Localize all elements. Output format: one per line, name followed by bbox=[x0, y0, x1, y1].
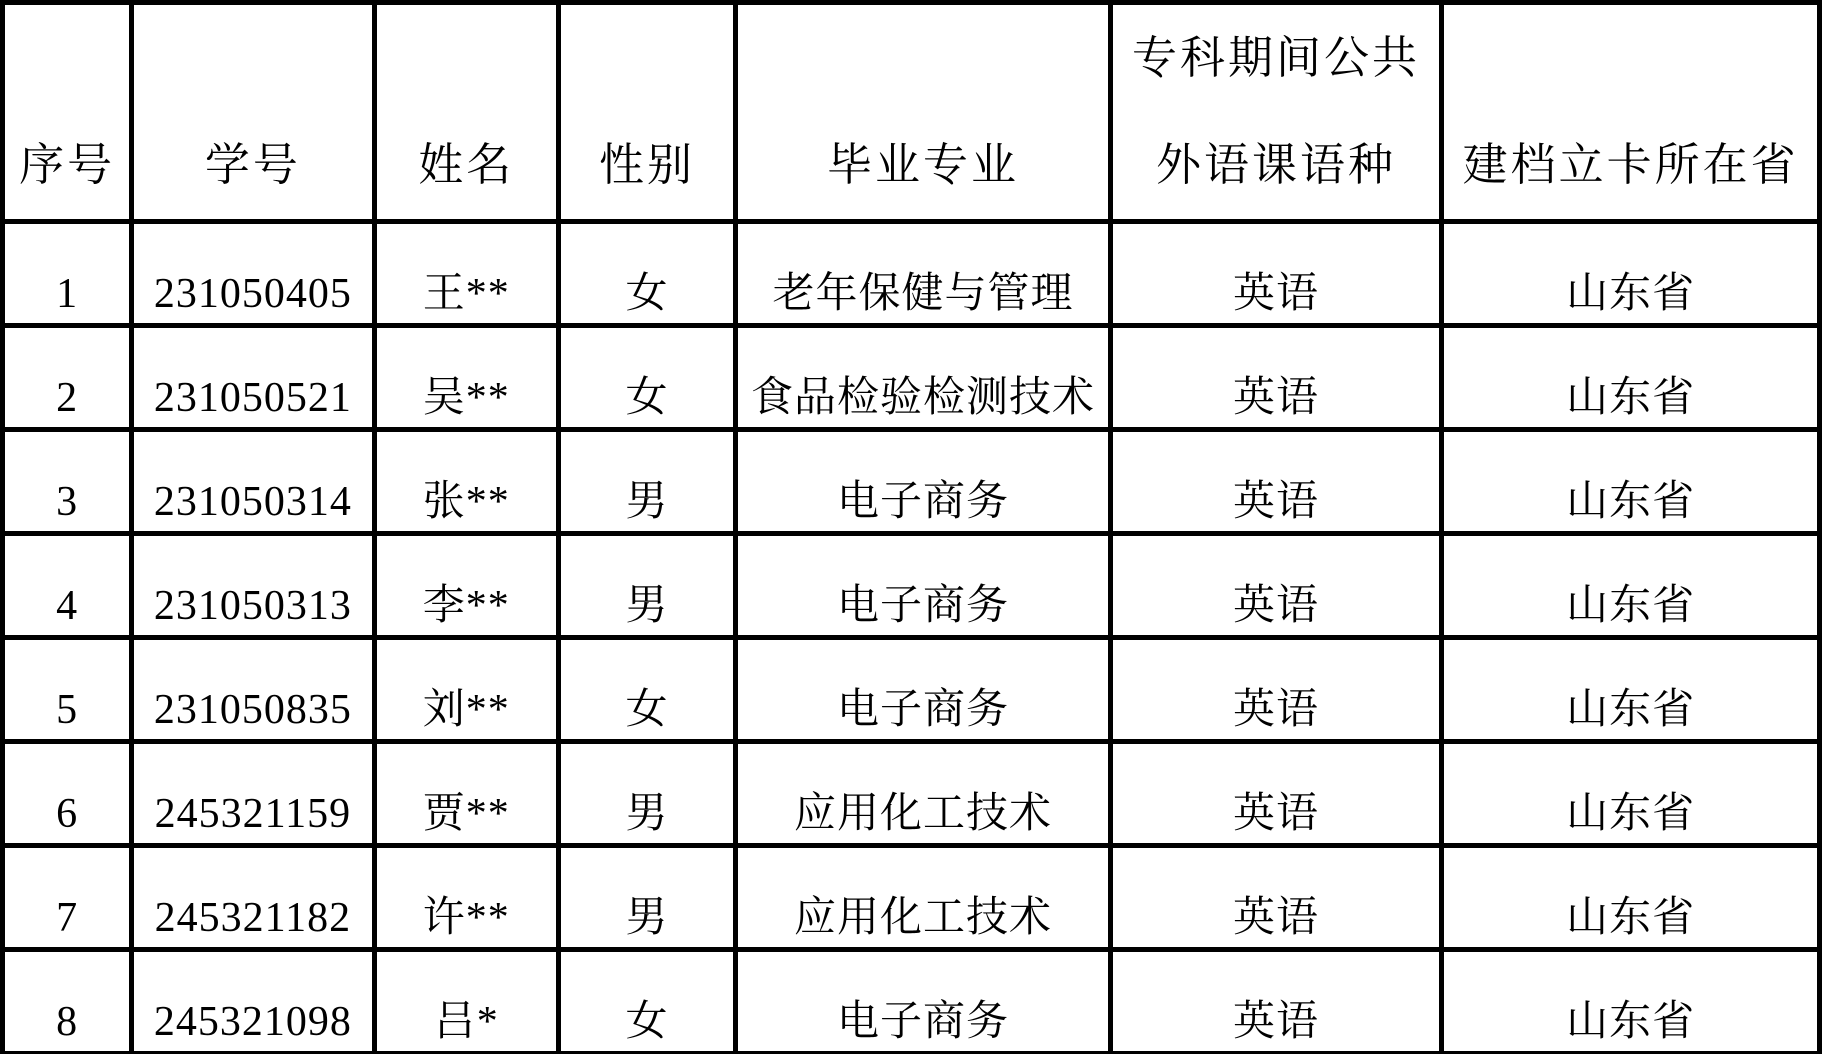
cell-student-id: 231050314 bbox=[132, 430, 374, 534]
header-cell-foreign-language-line1: 专科期间公共 bbox=[1113, 5, 1440, 112]
cell-province: 山东省 bbox=[1442, 638, 1820, 742]
header-cell-gender: 性别 bbox=[558, 3, 735, 222]
cell-serial-number: 1 bbox=[3, 222, 132, 326]
cell-major: 老年保健与管理 bbox=[736, 222, 1111, 326]
cell-gender: 女 bbox=[558, 222, 735, 326]
cell-serial-number: 3 bbox=[3, 430, 132, 534]
cell-province: 山东省 bbox=[1442, 534, 1820, 638]
table-row: 8 245321098 吕* 女 电子商务 英语 山东省 bbox=[3, 950, 1820, 1054]
cell-name: 张** bbox=[374, 430, 558, 534]
cell-student-id: 245321098 bbox=[132, 950, 374, 1054]
cell-name: 李** bbox=[374, 534, 558, 638]
cell-name: 刘** bbox=[374, 638, 558, 742]
cell-language: 英语 bbox=[1110, 950, 1442, 1054]
cell-major: 应用化工技术 bbox=[736, 742, 1111, 846]
cell-province: 山东省 bbox=[1442, 846, 1820, 950]
cell-language: 英语 bbox=[1110, 430, 1442, 534]
table-row: 1 231050405 王** 女 老年保健与管理 英语 山东省 bbox=[3, 222, 1820, 326]
cell-serial-number: 6 bbox=[3, 742, 132, 846]
cell-serial-number: 2 bbox=[3, 326, 132, 430]
cell-name: 王** bbox=[374, 222, 558, 326]
cell-name: 吴** bbox=[374, 326, 558, 430]
cell-serial-number: 7 bbox=[3, 846, 132, 950]
cell-language: 英语 bbox=[1110, 534, 1442, 638]
cell-student-id: 231050313 bbox=[132, 534, 374, 638]
cell-serial-number: 4 bbox=[3, 534, 132, 638]
cell-student-id: 245321182 bbox=[132, 846, 374, 950]
cell-language: 英语 bbox=[1110, 742, 1442, 846]
table-row: 6 245321159 贾** 男 应用化工技术 英语 山东省 bbox=[3, 742, 1820, 846]
header-cell-province: 建档立卡所在省 bbox=[1442, 3, 1820, 222]
cell-name: 贾** bbox=[374, 742, 558, 846]
table-row: 4 231050313 李** 男 电子商务 英语 山东省 bbox=[3, 534, 1820, 638]
cell-language: 英语 bbox=[1110, 326, 1442, 430]
cell-gender: 女 bbox=[558, 326, 735, 430]
cell-major: 电子商务 bbox=[736, 534, 1111, 638]
cell-student-id: 231050521 bbox=[132, 326, 374, 430]
cell-province: 山东省 bbox=[1442, 950, 1820, 1054]
table-row: 3 231050314 张** 男 电子商务 英语 山东省 bbox=[3, 430, 1820, 534]
cell-gender: 女 bbox=[558, 638, 735, 742]
header-cell-foreign-language-line2: 外语课语种 bbox=[1113, 112, 1440, 219]
cell-major: 电子商务 bbox=[736, 950, 1111, 1054]
cell-gender: 男 bbox=[558, 534, 735, 638]
cell-name: 吕* bbox=[374, 950, 558, 1054]
cell-language: 英语 bbox=[1110, 846, 1442, 950]
table-header-row: 序号 学号 姓名 性别 毕业专业 专科期间公共 外语课语种 建档立卡所在省 bbox=[3, 3, 1820, 222]
cell-serial-number: 8 bbox=[3, 950, 132, 1054]
cell-major: 电子商务 bbox=[736, 638, 1111, 742]
cell-gender: 男 bbox=[558, 846, 735, 950]
cell-province: 山东省 bbox=[1442, 326, 1820, 430]
table-row: 7 245321182 许** 男 应用化工技术 英语 山东省 bbox=[3, 846, 1820, 950]
cell-province: 山东省 bbox=[1442, 430, 1820, 534]
header-cell-name: 姓名 bbox=[374, 3, 558, 222]
cell-student-id: 231050405 bbox=[132, 222, 374, 326]
cell-province: 山东省 bbox=[1442, 222, 1820, 326]
header-cell-student-id: 学号 bbox=[132, 3, 374, 222]
cell-province: 山东省 bbox=[1442, 742, 1820, 846]
cell-gender: 女 bbox=[558, 950, 735, 1054]
student-roster-table: 序号 学号 姓名 性别 毕业专业 专科期间公共 外语课语种 建档立卡所在省 1 … bbox=[0, 0, 1822, 1054]
cell-language: 英语 bbox=[1110, 638, 1442, 742]
cell-major: 食品检验检测技术 bbox=[736, 326, 1111, 430]
cell-student-id: 231050835 bbox=[132, 638, 374, 742]
cell-gender: 男 bbox=[558, 430, 735, 534]
cell-student-id: 245321159 bbox=[132, 742, 374, 846]
header-cell-major: 毕业专业 bbox=[736, 3, 1111, 222]
table-row: 5 231050835 刘** 女 电子商务 英语 山东省 bbox=[3, 638, 1820, 742]
cell-serial-number: 5 bbox=[3, 638, 132, 742]
cell-language: 英语 bbox=[1110, 222, 1442, 326]
header-cell-serial-number: 序号 bbox=[3, 3, 132, 222]
cell-major: 电子商务 bbox=[736, 430, 1111, 534]
header-cell-foreign-language: 专科期间公共 外语课语种 bbox=[1110, 3, 1442, 222]
table-row: 2 231050521 吴** 女 食品检验检测技术 英语 山东省 bbox=[3, 326, 1820, 430]
cell-name: 许** bbox=[374, 846, 558, 950]
cell-gender: 男 bbox=[558, 742, 735, 846]
cell-major: 应用化工技术 bbox=[736, 846, 1111, 950]
